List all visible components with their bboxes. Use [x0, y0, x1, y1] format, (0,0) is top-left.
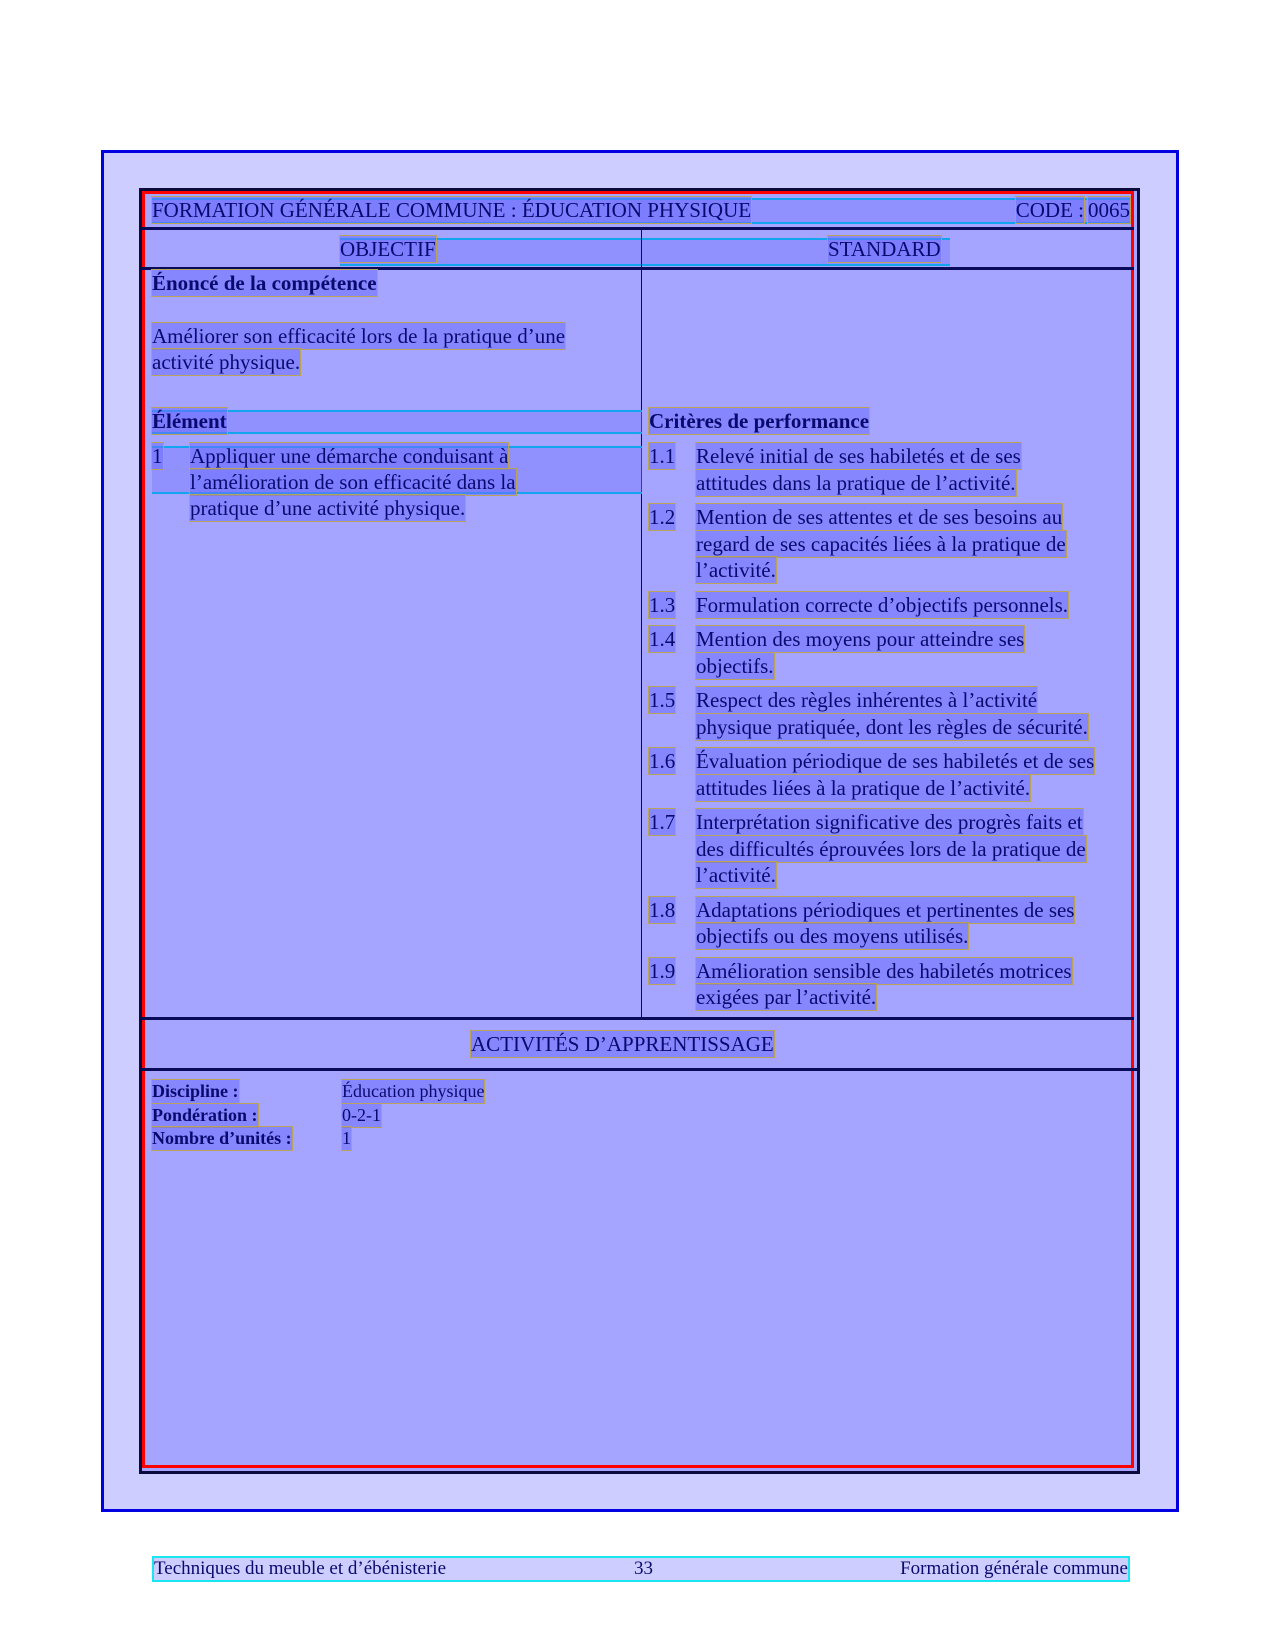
criterion-number: 1.2: [649, 504, 675, 530]
statement-heading: Énoncé de la compétence: [152, 270, 377, 296]
discipline-label: Discipline :: [152, 1080, 239, 1103]
ponderation-value: 0-2-1: [342, 1104, 381, 1127]
page-footer: Techniques du meuble et d’ébénisterie 33…: [152, 1556, 1130, 1582]
page-number: 33: [634, 1558, 653, 1580]
criterion-line: exigées par l’activité.: [696, 984, 876, 1010]
units-label: Nombre d’unités :: [152, 1127, 292, 1150]
criterion-number: 1.3: [649, 592, 675, 618]
statement-line: activité physique.: [152, 349, 300, 375]
discipline-value: Éducation physique: [342, 1080, 484, 1103]
course-title: FORMATION GÉNÉRALE COMMUNE : ÉDUCATION P…: [152, 197, 751, 223]
criterion-line: attitudes liées à la pratique de l’activ…: [696, 775, 1030, 801]
criterion-number: 1.8: [649, 897, 675, 923]
element-heading: Élément: [152, 408, 227, 434]
column-divider: [641, 228, 642, 1018]
criterion-line: Relevé initial de ses habiletés et de se…: [696, 443, 1021, 469]
criterion-number: 1.5: [649, 687, 675, 713]
column-header-objectif: OBJECTIF: [340, 236, 436, 262]
header-row: FORMATION GÉNÉRALE COMMUNE : ÉDUCATION P…: [152, 198, 1130, 224]
criterion-number: 1.4: [649, 626, 675, 652]
column-header-standard: STANDARD: [828, 236, 941, 262]
element-number: 1: [152, 443, 163, 469]
footer-section: Formation générale commune: [900, 1558, 1128, 1580]
criterion-line: Mention de ses attentes et de ses besoin…: [696, 504, 1062, 530]
criterion-line: attitudes dans la pratique de l’activité…: [696, 470, 1016, 496]
footer-program: Techniques du meuble et d’ébénisterie: [154, 1558, 446, 1580]
criterion-line: physique pratiquée, dont les règles de s…: [696, 714, 1088, 740]
criterion-number: 1.9: [649, 958, 675, 984]
criterion-line: objectifs ou des moyens utilisés.: [696, 923, 968, 949]
criterion-line: Respect des règles inhérentes à l’activi…: [696, 687, 1037, 713]
criterion-line: Amélioration sensible des habiletés motr…: [696, 958, 1072, 984]
criterion-line: l’activité.: [696, 557, 776, 583]
criterion-number: 1.6: [649, 748, 675, 774]
element-line: l’amélioration de son efficacité dans la: [190, 469, 516, 495]
criterion-line: Adaptations périodiques et pertinentes d…: [696, 897, 1074, 923]
criterion-line: des difficultés éprouvées lors de la pra…: [696, 836, 1086, 862]
statement-line: Améliorer son efficacité lors de la prat…: [152, 323, 565, 349]
activities-heading: ACTIVITÉS D’APPRENTISSAGE: [471, 1031, 774, 1057]
divider: [142, 1017, 1134, 1020]
criterion-line: regard de ses capacités liées à la prati…: [696, 531, 1066, 557]
criterion-line: Formulation correcte d’objectifs personn…: [696, 592, 1068, 618]
meta-row-units: Nombre d’unités : 1: [152, 1127, 552, 1150]
units-value: 1: [342, 1127, 351, 1150]
element-line: Appliquer une démarche conduisant à: [190, 443, 508, 469]
criterion-line: Interprétation significative des progrès…: [696, 809, 1083, 835]
criterion-number: 1.1: [649, 443, 675, 469]
criterion-line: objectifs.: [696, 653, 774, 679]
criterion-line: Mention des moyens pour atteindre ses: [696, 626, 1024, 652]
criterion-number: 1.7: [649, 809, 675, 835]
code-label: CODE :: [1016, 197, 1084, 223]
meta-row-ponderation: Pondération : 0-2-1: [152, 1104, 552, 1127]
criterion-line: l’activité.: [696, 862, 776, 888]
criterion-line: Évaluation périodique de ses habiletés e…: [696, 748, 1094, 774]
divider: [142, 227, 1134, 230]
code-value: 0065: [1088, 197, 1130, 223]
element-line: pratique d’une activité physique.: [190, 495, 465, 521]
ponderation-label: Pondération :: [152, 1104, 258, 1127]
divider: [142, 1068, 1138, 1071]
criteria-heading: Critères de performance: [649, 408, 869, 434]
meta-row-discipline: Discipline : Éducation physique: [152, 1080, 552, 1103]
